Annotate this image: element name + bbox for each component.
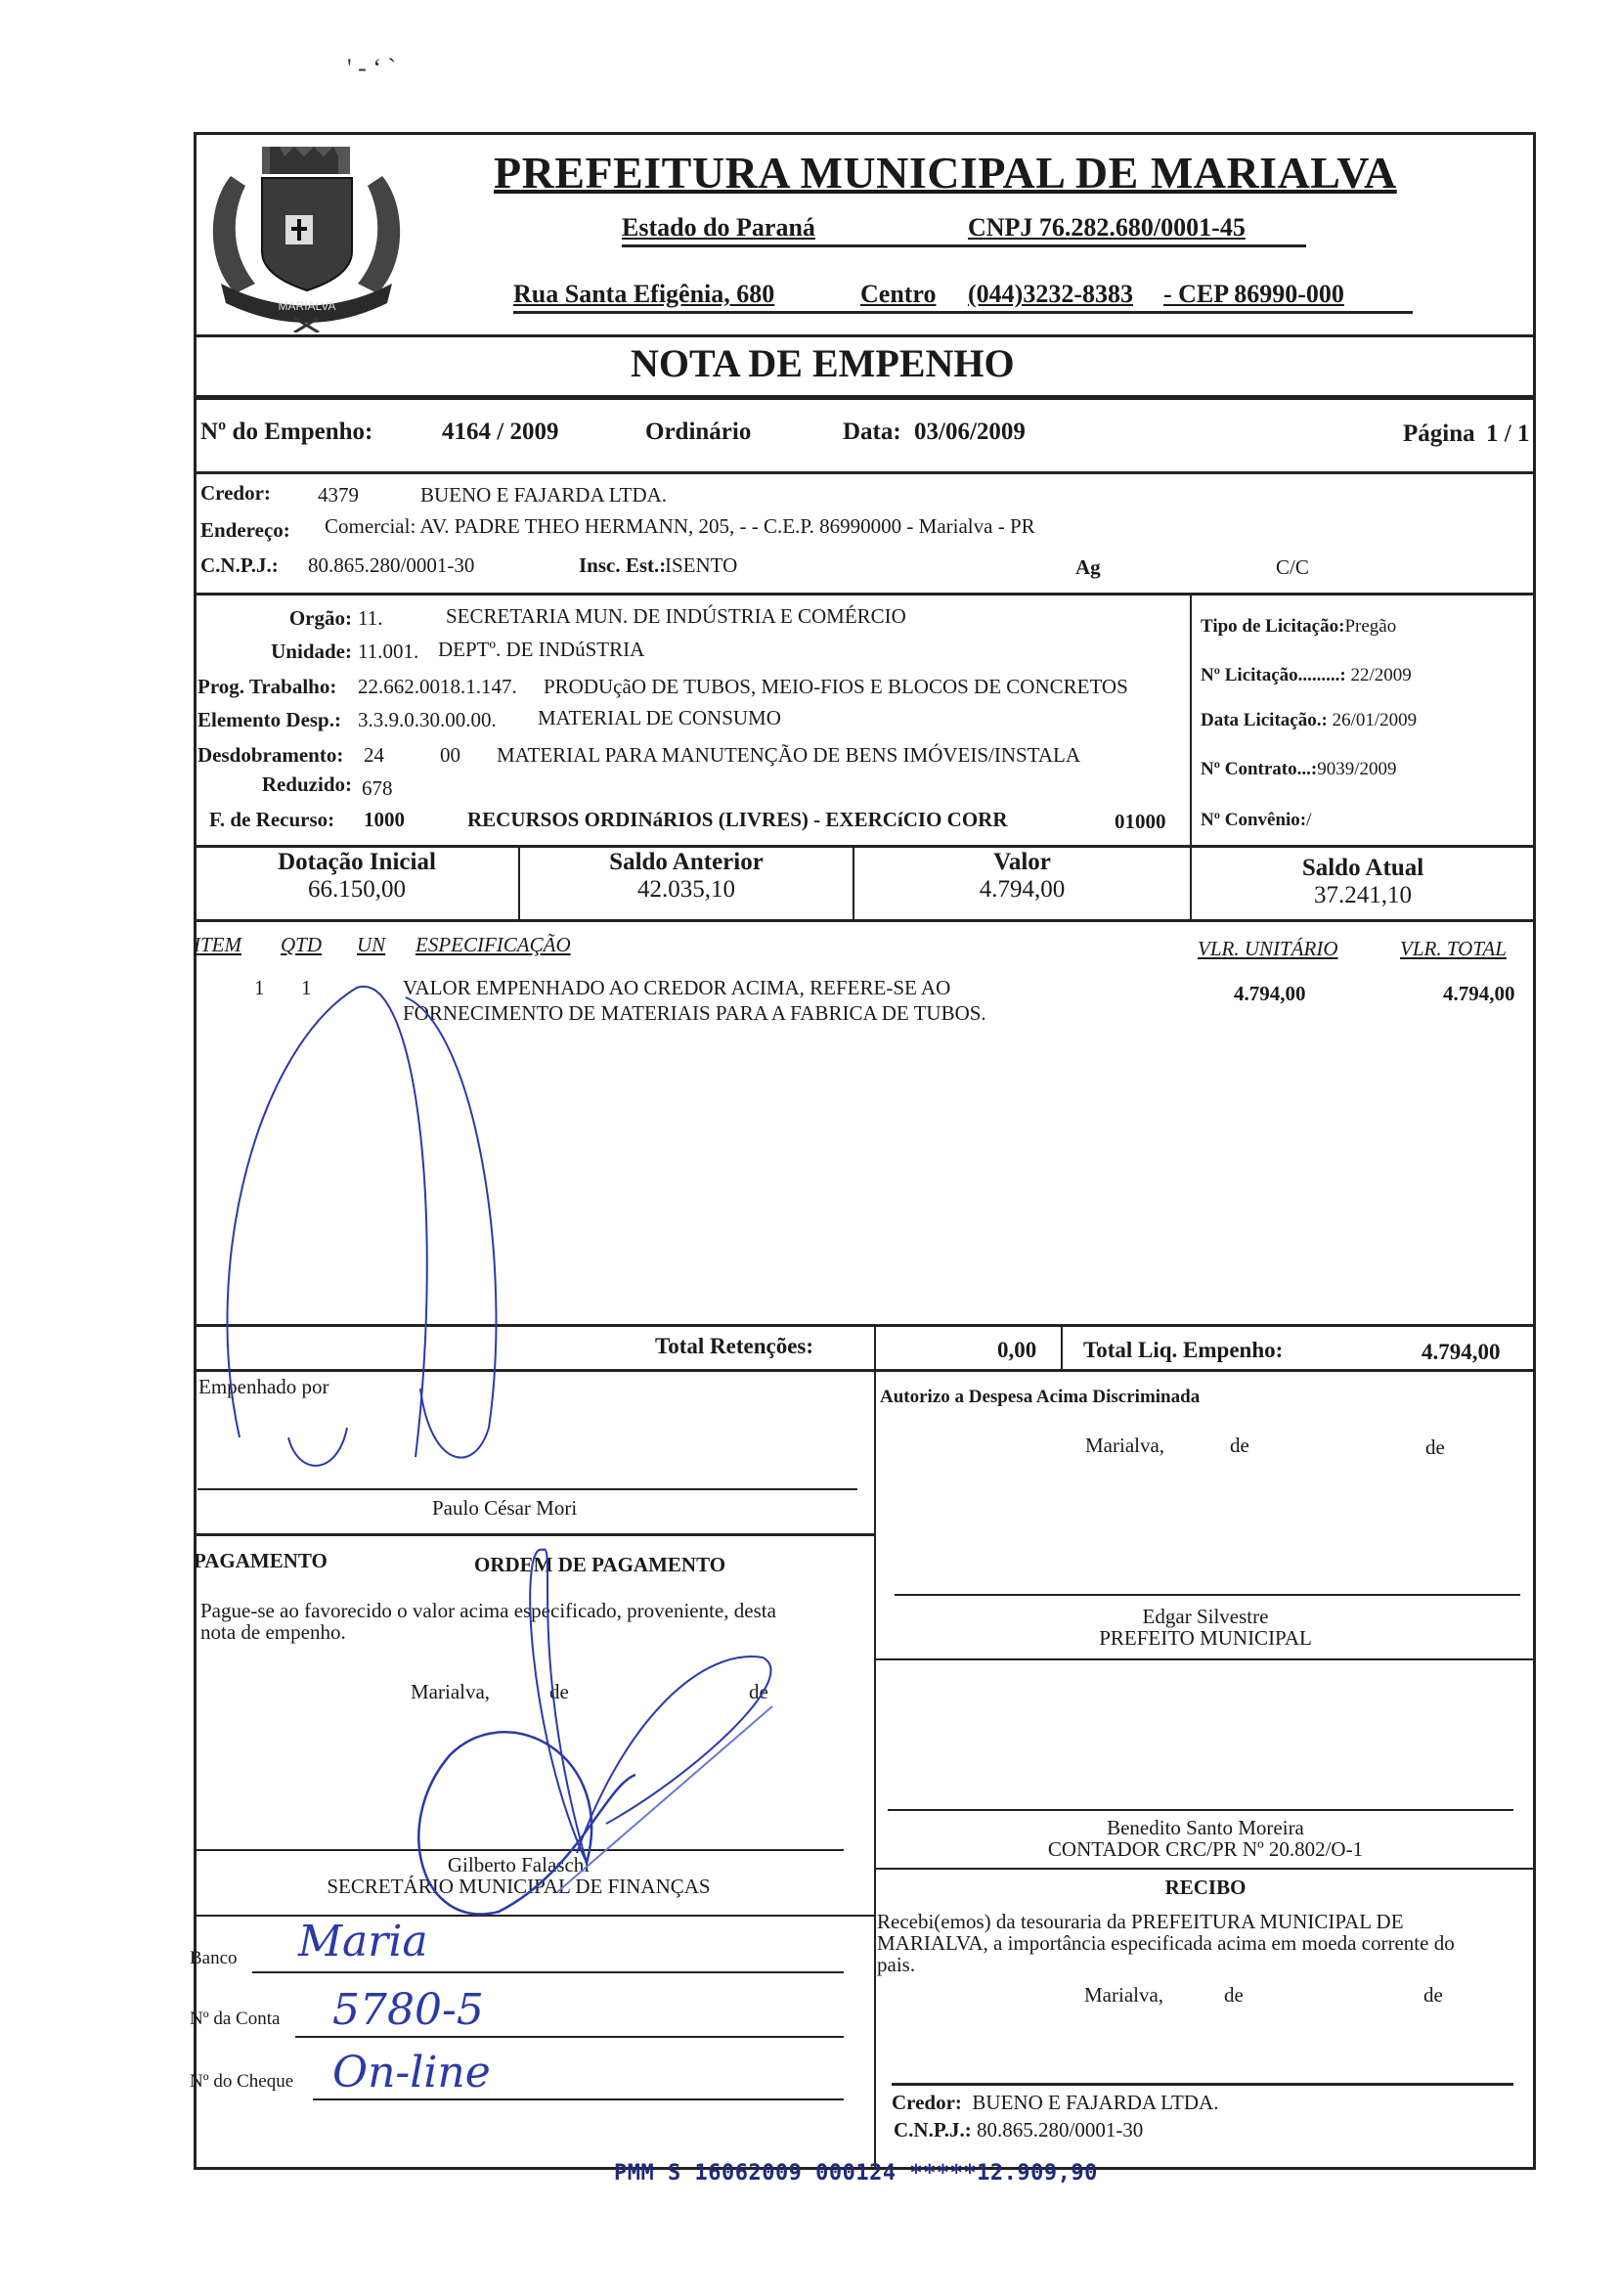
pagamento-de-2: de	[749, 1680, 768, 1704]
saldo-label: Valor	[854, 849, 1190, 876]
credor-label: Credor:	[200, 481, 271, 506]
orgao-label: Orgão:	[200, 606, 352, 631]
divider	[194, 471, 1536, 474]
liquido-label: Total Liq. Empenho:	[1083, 1338, 1283, 1363]
recibo-cnpj-value: 80.865.280/0001-30	[977, 2118, 1143, 2141]
cheque-label: Nº do Cheque	[190, 2071, 293, 2093]
recurso-code-2: 01000	[1115, 810, 1166, 834]
empenho-type: Ordinário	[645, 419, 751, 446]
page-label: Página	[1403, 420, 1475, 448]
recibo-cnpj: C.N.P.J.: 80.865.280/0001-30	[894, 2118, 1143, 2142]
saldo-value: 66.150,00	[196, 876, 518, 904]
item-total: 4.794,00	[1443, 982, 1515, 1006]
divider	[874, 1324, 876, 2170]
divider	[194, 1324, 1536, 1327]
coat-of-arms-logo: MARIALVA	[201, 147, 412, 332]
conta-handwritten: 5780-5	[332, 1985, 484, 2035]
divider	[194, 334, 1536, 337]
autorizo-de-1: de	[1230, 1434, 1249, 1458]
ag-label: Ag	[1075, 555, 1101, 580]
secretario-name: Gilberto Falaschi	[194, 1854, 844, 1876]
scan-artifact: ' - ‘ ˋ	[347, 54, 396, 83]
saldo-value: 4.794,00	[854, 876, 1190, 904]
elemento-desc: MATERIAL DE CONSUMO	[538, 706, 781, 730]
contrato-label: Nº Contrato...:	[1201, 759, 1317, 779]
divider	[194, 845, 1536, 848]
conta-line	[295, 2036, 844, 2038]
address-label: Endereço:	[200, 518, 290, 543]
recibo-text-line-3: pais.	[877, 1954, 1517, 1975]
recibo-place: Marialva,	[1084, 1983, 1163, 2008]
licitacao-data-label: Data Licitação.:	[1201, 710, 1328, 730]
secretario-signature: Gilberto Falaschi SECRETÁRIO MUNICIPAL D…	[194, 1854, 844, 1897]
licitacao-tipo-value: Pregão	[1344, 616, 1396, 637]
col-spec: ESPECIFICAÇÃO	[416, 933, 571, 957]
divider	[194, 919, 1536, 922]
header-district: Centro	[860, 280, 937, 309]
credor-code: 4379	[318, 483, 359, 508]
recibo-credor-name: BUENO E FAJARDA LTDA.	[972, 2091, 1218, 2114]
empenho-date: 03/06/2009	[914, 419, 1026, 446]
saldo-anterior: Saldo Anterior 42.035,10	[520, 849, 853, 904]
contador-signature: Benedito Santo Moreira CONTADOR CRC/PR N…	[875, 1817, 1536, 1860]
pagamento-text: Pague-se ao favorecido o valor acima esp…	[200, 1600, 776, 1643]
payment-stamp: PMM S 16062009 000124 *****12.909,90	[614, 2161, 1098, 2186]
credor-name: BUENO E FAJARDA LTDA.	[420, 483, 667, 508]
pagamento-text-line-1: Pague-se ao favorecido o valor acima esp…	[200, 1600, 776, 1621]
licitacao-tipo: Tipo de Licitação:Pregão	[1201, 616, 1396, 638]
elemento-label: Elemento Desp.:	[197, 708, 341, 732]
orgao-code: 11.	[358, 606, 382, 631]
cnpj-label: C.N.P.J.:	[200, 553, 279, 578]
banco-label: Banco	[190, 1948, 238, 1969]
recurso-desc: RECURSOS ORDINáRIOS (LIVRES) - EXERCíCIO…	[467, 808, 1008, 832]
insc-value: ISENTO	[665, 553, 737, 578]
secretario-role: SECRETÁRIO MUNICIPAL DE FINANÇAS	[194, 1876, 844, 1897]
contrato-value: 9039/2009	[1317, 759, 1396, 779]
licitacao-numero-label: Nº Licitação.........:	[1201, 665, 1346, 685]
signature-line	[895, 1594, 1520, 1596]
licitacao-tipo-label: Tipo de Licitação:	[1201, 616, 1344, 637]
licitacao-data: Data Licitação.: 26/01/2009	[1201, 710, 1417, 731]
saldo-value: 42.035,10	[520, 876, 853, 904]
header-underline-2	[513, 311, 1413, 314]
recibo-de-2: de	[1423, 1983, 1443, 2008]
saldo-label: Dotação Inicial	[196, 849, 518, 876]
saldo-label: Saldo Anterior	[520, 849, 853, 876]
autorizo-de-2: de	[1425, 1435, 1445, 1460]
header-phone: (044)3232-8383	[968, 280, 1133, 309]
empenho-number: 4164 / 2009	[442, 419, 558, 446]
header-title: PREFEITURA MUNICIPAL DE MARIALVA	[494, 147, 1397, 199]
svg-text:MARIALVA: MARIALVA	[279, 299, 336, 313]
signature-line	[888, 1809, 1513, 1811]
empenho-date-label: Data:	[843, 419, 901, 446]
divider	[194, 593, 1536, 596]
recibo-text: Recebi(emos) da tesouraria da PREFEITURA…	[877, 1911, 1517, 1975]
col-total: VLR. TOTAL	[1400, 937, 1507, 961]
cheque-handwritten: On-line	[332, 2048, 491, 2097]
convenio-value: /	[1306, 810, 1311, 830]
licitacao-numero: Nº Licitação.........: 22/2009	[1201, 665, 1412, 686]
convenio-label: Nº Convênio:	[1201, 810, 1306, 830]
divider	[194, 1915, 874, 1917]
recibo-cnpj-label: C.N.P.J.:	[894, 2118, 972, 2141]
recurso-code: 1000	[364, 808, 405, 832]
divider	[194, 1533, 874, 1536]
col-item: ITEM	[194, 933, 241, 957]
recibo-credor: Credor: BUENO E FAJARDA LTDA.	[892, 2091, 1218, 2115]
divider	[194, 1369, 1536, 1372]
autorizo-label: Autorizo a Despesa Acima Discriminada	[880, 1387, 1200, 1408]
recibo-text-line-1: Recebi(emos) da tesouraria da PREFEITURA…	[877, 1911, 1517, 1932]
banco-line	[252, 1971, 844, 1973]
prog-code: 22.662.0018.1.147.	[358, 675, 517, 699]
empenho-number-label: Nº do Empenho:	[200, 419, 372, 446]
credor-cnpj: 80.865.280/0001-30	[308, 553, 474, 578]
desdobramento-code-2: 00	[440, 743, 460, 768]
doc-title: NOTA DE EMPENHO	[631, 340, 1015, 386]
reduzido-label: Reduzido:	[200, 773, 352, 797]
recurso-label: F. de Recurso:	[209, 808, 334, 832]
col-un: UN	[357, 933, 385, 957]
retencoes-label: Total Retenções:	[655, 1334, 813, 1359]
recibo-text-line-2: MARIALVA, a importância especificada aci…	[877, 1932, 1517, 1954]
contador-role: CONTADOR CRC/PR Nº 20.802/O-1	[875, 1838, 1536, 1860]
divider	[874, 1658, 1536, 1660]
signature-line	[197, 1488, 857, 1490]
item-qty: 1	[301, 976, 312, 1000]
elemento-code: 3.3.9.0.30.00.00.	[358, 708, 497, 732]
signature-line	[194, 1849, 844, 1851]
header-underline	[622, 244, 1306, 247]
ordem-pagamento-title: ORDEM DE PAGAMENTO	[474, 1553, 725, 1577]
item-spec-line-1: VALOR EMPENHADO AO CREDOR ACIMA, REFERE-…	[403, 976, 950, 1000]
page-number: 1 / 1	[1486, 420, 1529, 448]
licitacao-numero-value: 22/2009	[1351, 665, 1412, 685]
orgao-desc: SECRETARIA MUN. DE INDÚSTRIA E COMÉRCIO	[446, 604, 906, 629]
banco-handwritten: Maria	[298, 1917, 428, 1966]
pagamento-place: Marialva,	[411, 1680, 490, 1704]
licitacao-data-value: 26/01/2009	[1333, 710, 1418, 730]
header-cnpj: CNPJ 76.282.680/0001-45	[968, 213, 1246, 243]
divider	[194, 395, 1536, 400]
pagamento-text-line-2: nota de empenho.	[200, 1621, 776, 1643]
desdobramento-label: Desdobramento:	[197, 743, 343, 768]
contador-name: Benedito Santo Moreira	[875, 1817, 1536, 1838]
recibo-de-1: de	[1224, 1983, 1244, 2008]
cheque-line	[313, 2098, 844, 2100]
prefeito-role: PREFEITO MUNICIPAL	[875, 1627, 1536, 1649]
divider	[1190, 593, 1192, 849]
header-address: Rua Santa Efigênia, 680	[513, 280, 774, 309]
cc-label: C/C	[1276, 555, 1309, 580]
empenhado-label: Empenhado por	[198, 1375, 329, 1399]
header-cep: - CEP 86990-000	[1163, 280, 1344, 309]
item-unit-price: 4.794,00	[1234, 982, 1306, 1006]
unidade-code: 11.001.	[358, 640, 418, 664]
recibo-credor-label: Credor:	[892, 2091, 962, 2114]
desdobramento-desc: MATERIAL PARA MANUTENÇÃO DE BENS IMÓVEIS…	[497, 743, 1080, 768]
divider	[874, 1868, 1536, 1870]
unidade-label: Unidade:	[200, 640, 352, 664]
signature-line	[892, 2083, 1513, 2086]
licitacao-contrato: Nº Contrato...:9039/2009	[1201, 759, 1396, 780]
unidade-desc: DEPTº. DE INDúSTRIA	[438, 638, 644, 662]
insc-label: Insc. Est.:	[579, 553, 666, 578]
credor-address: Comercial: AV. PADRE THEO HERMANN, 205, …	[325, 514, 1035, 539]
saldo-atual: Saldo Atual 37.241,10	[1192, 855, 1534, 909]
liquido-value: 4.794,00	[1422, 1340, 1501, 1365]
header-state: Estado do Paraná	[622, 213, 815, 243]
autorizo-place: Marialva,	[1085, 1434, 1164, 1458]
prog-desc: PRODUçãO DE TUBOS, MEIO-FIOS E BLOCOS DE…	[544, 675, 1128, 699]
saldo-label: Saldo Atual	[1192, 855, 1534, 882]
saldo-value: 37.241,10	[1192, 882, 1534, 909]
col-unit-price: VLR. UNITÁRIO	[1198, 937, 1338, 961]
saldo-dotacao: Dotação Inicial 66.150,00	[196, 849, 518, 904]
item-number: 1	[254, 976, 265, 1000]
prog-label: Prog. Trabalho:	[197, 675, 336, 699]
recibo-title: RECIBO	[875, 1876, 1536, 1900]
prefeito-signature: Edgar Silvestre PREFEITO MUNICIPAL	[875, 1606, 1536, 1649]
item-spec-line-2: FORNECIMENTO DE MATERIAIS PARA A FABRICA…	[403, 1001, 986, 1026]
col-qtd: QTD	[281, 933, 322, 957]
pagamento-de-1: de	[549, 1680, 569, 1704]
conta-label: Nº da Conta	[190, 2009, 280, 2030]
reduzido-value: 678	[362, 776, 393, 801]
empenhado-signer: Paulo César Mori	[432, 1496, 577, 1521]
saldo-valor: Valor 4.794,00	[854, 849, 1190, 904]
divider	[1061, 1324, 1063, 1371]
retencoes-value: 0,00	[997, 1338, 1036, 1363]
desdobramento-code-1: 24	[364, 743, 384, 768]
licitacao-convenio: Nº Convênio:/	[1201, 810, 1311, 831]
prefeito-name: Edgar Silvestre	[875, 1606, 1536, 1627]
pagamento-label: PAGAMENTO	[194, 1549, 328, 1573]
